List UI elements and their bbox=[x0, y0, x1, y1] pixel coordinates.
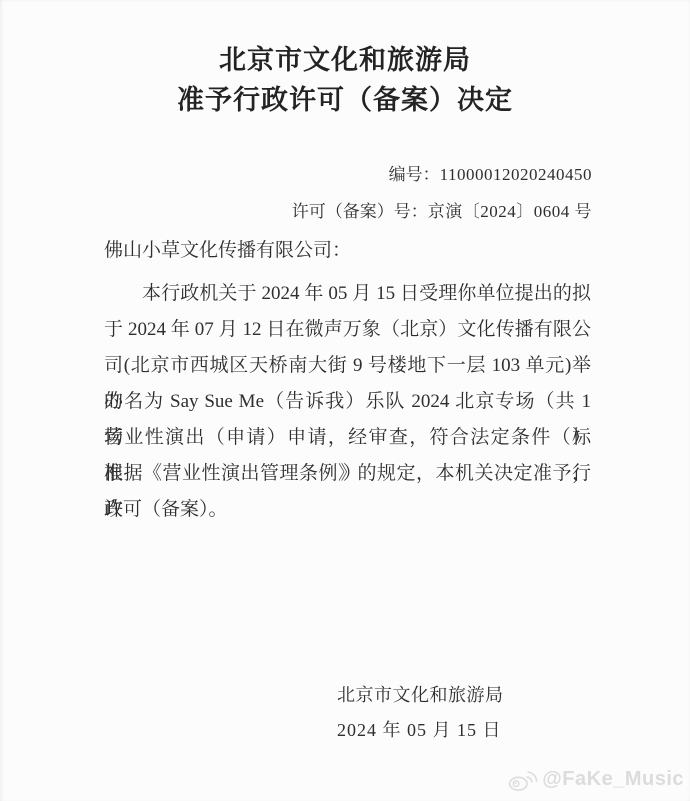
permit-number-value: 京演〔2024〕0604 号 bbox=[428, 202, 592, 221]
watermark: @FaKe_Music bbox=[508, 767, 684, 792]
issuer-signature: 北京市文化和旅游局 bbox=[337, 684, 504, 706]
body-line: 营业性演出（申请）申请，经审查，符合法定条件（标准）， bbox=[104, 420, 591, 456]
serial-number-line: 编号：11000012020240450 bbox=[292, 163, 592, 187]
issue-date: 2024 年 05 月 15 日 bbox=[337, 719, 502, 741]
permit-number-label: 许可（备案）号： bbox=[292, 202, 428, 221]
document-meta: 编号：11000012020240450 许可（备案）号：京演〔2024〕060… bbox=[292, 163, 592, 237]
addressee: 佛山小草文化传播有限公司： bbox=[104, 239, 351, 263]
body-line: 的名为 Say Sue Me（告诉我）乐队 2024 北京专场（共 1 场） bbox=[104, 384, 591, 420]
document-title-line2: 准予行政许可（备案）决定 bbox=[0, 80, 690, 120]
document-title-line1: 北京市文化和旅游局 bbox=[0, 40, 690, 80]
body-line: 于 2024 年 07 月 12 日在微声万象（北京）文化传播有限公 bbox=[104, 312, 591, 348]
body-line: 根据《营业性演出管理条例》的规定，本机关决定准予行政 bbox=[104, 456, 591, 492]
permit-number-line: 许可（备案）号：京演〔2024〕0604 号 bbox=[292, 200, 592, 224]
serial-number-value: 11000012020240450 bbox=[440, 165, 592, 184]
serial-number-label: 编号： bbox=[389, 165, 440, 184]
body-line: 本行政机关于 2024 年 05 月 15 日受理你单位提出的拟 bbox=[104, 276, 591, 312]
body-line: 许可（备案）。 bbox=[104, 492, 591, 528]
weibo-icon bbox=[508, 767, 538, 792]
document-body: 本行政机关于 2024 年 05 月 15 日受理你单位提出的拟 于 2024 … bbox=[104, 276, 591, 528]
watermark-handle: @FaKe_Music bbox=[542, 768, 684, 791]
document-title: 北京市文化和旅游局 准予行政许可（备案）决定 bbox=[0, 40, 690, 120]
permit-document-page: 北京市文化和旅游局 准予行政许可（备案）决定 编号：11000012020240… bbox=[0, 0, 690, 801]
body-line: 司(北京市西城区天桥南大街 9 号楼地下一层 103 单元)举办 bbox=[104, 348, 591, 384]
